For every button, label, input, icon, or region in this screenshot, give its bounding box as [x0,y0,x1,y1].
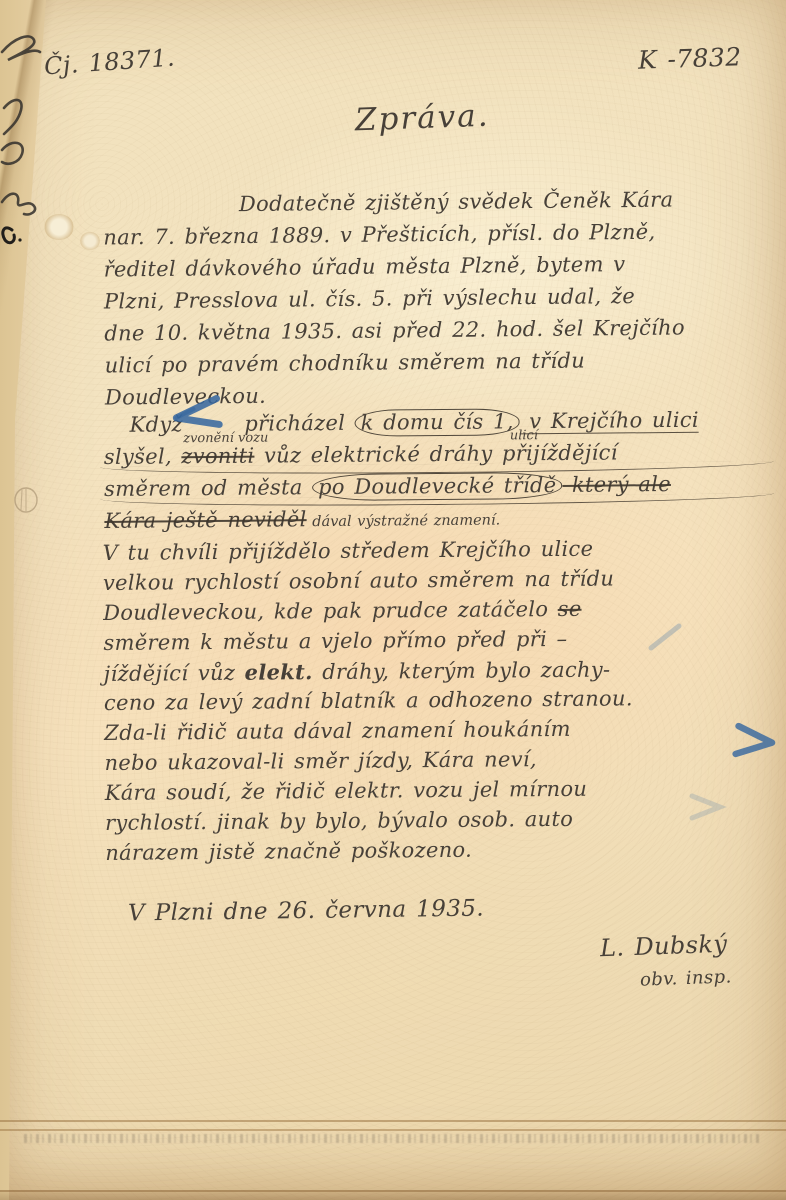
paper-stain [44,214,74,240]
title-text: Zpráva. [354,98,490,139]
bottom-rule-1 [0,1120,786,1122]
interline-insertion: zvonění vozu [183,430,268,446]
paper-stain-small [80,232,100,250]
ref-no-text: Čj. 18371. [43,43,176,80]
file-no-text: K -7832 [638,42,742,75]
circled-phrase: k domu čís 1, [355,408,520,436]
signature-name: L. Dubský [600,930,728,962]
small-correction-text: dával výstražné znamení. [307,512,501,530]
word: dráhy, kterým bylo zachy- [313,658,611,685]
bottom-rule-3 [0,1190,786,1192]
file-reference-left: Čj. 18371. [43,43,176,80]
paragraph-3: V tu chvíli přijíždělo středem Krejčího … [103,535,782,871]
dateline-text: V Plzni dne 26. června 1935. [128,896,484,927]
dateline: V Plzni dne 26. června 1935. [128,896,484,927]
word: jíždějící vůz [104,661,245,686]
underlined-phrase: v Krejčího ulici [520,408,699,435]
word: přijíždějící [502,440,618,465]
circled-phrase: po Doudlevecké třídě [312,472,563,501]
signature-title: obv. insp. [640,966,732,990]
signature-title-text: obv. insp. [640,966,732,990]
bleedthrough-typed-text [24,1134,760,1143]
edited-line-3: směrem od města po Doudlevecké třídě kte… [104,471,780,509]
word: Když [129,412,182,436]
bottom-edge-shade [0,1192,786,1200]
word: vůz elektrické dráhy [254,441,502,467]
word: směrem od města [104,475,312,501]
word: slyšel, [104,444,182,469]
interline-insertion: ulicí [510,428,538,443]
overwritten-word: elekt. [244,659,312,685]
struck-word: se [558,597,582,621]
struck-word: zvoniti [181,444,254,469]
scanned-report-page: Čj. 18371. K -7832 Zpráva. Dodatečně zji… [0,0,786,1200]
struck-phrase: Kára ještě neviděl [104,507,306,533]
word: Doudleveckou, kde pak prudce zatáčelo [103,597,558,625]
paragraph-2-edited: Když přicházel k domu čís 1, v Krejčího … [103,407,780,541]
bottom-rule-2 [0,1129,786,1131]
file-reference-right: K -7832 [638,42,742,75]
struck-phrase: který ale [562,472,671,497]
text-line: nárazem jistě značně poškozeno. [105,835,781,871]
page-title: Zpráva. [354,98,490,139]
paragraph-1: Dodatečně zjištěný svědek Čeněk Kára nar… [103,186,775,417]
signature: L. Dubský [600,930,728,962]
ring-mark [8,482,44,518]
